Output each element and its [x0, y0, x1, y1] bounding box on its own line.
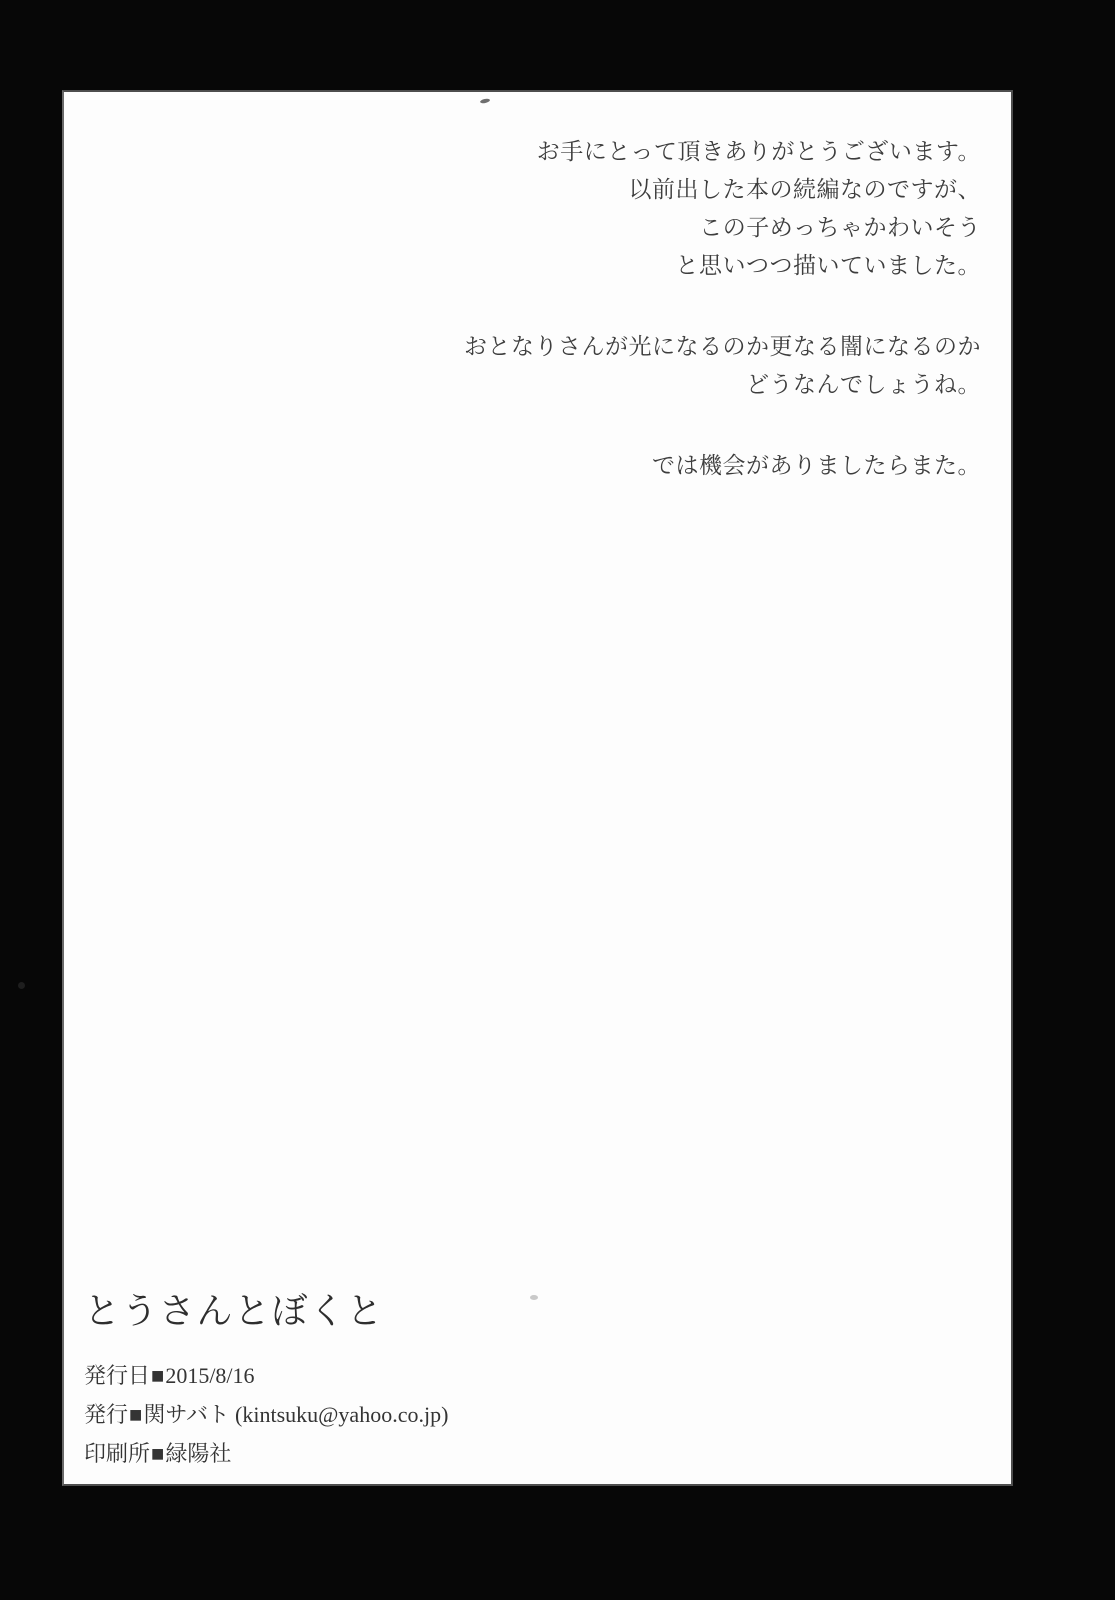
afterword-paragraph: おとなりさんが光になるのか更なる闇になるのか どうなんでしょうね。	[464, 328, 981, 404]
afterword-line: と思いつつ描いていました。	[464, 247, 981, 285]
square-separator-icon: ■	[128, 1402, 143, 1427]
colophon-entries: 発行日■2015/8/16 発行■関サバト (kintsuku@yahoo.co…	[84, 1356, 448, 1473]
scan-speck	[480, 98, 491, 104]
afterword-paragraph: お手にとって頂きありがとうございます。 以前出した本の続編なのですが、 この子め…	[464, 133, 981, 285]
square-separator-icon: ■	[150, 1441, 165, 1466]
afterword-line: おとなりさんが光になるのか更なる闇になるのか	[464, 328, 981, 366]
colophon-label: 印刷所	[84, 1441, 150, 1466]
square-separator-icon: ■	[150, 1363, 165, 1388]
scan-speck	[530, 1295, 538, 1300]
colophon-value: 2015/8/16	[165, 1363, 254, 1388]
colophon-label: 発行	[84, 1402, 128, 1427]
book-title: とうさんとぼくと	[84, 1290, 448, 1332]
afterword-line: どうなんでしょうね。	[464, 366, 981, 404]
scanned-page: お手にとって頂きありがとうございます。 以前出した本の続編なのですが、 この子め…	[62, 90, 1013, 1486]
colophon-row-printer: 印刷所■緑陽社	[84, 1434, 448, 1473]
scan-background: { "meta": { "background_color": "#070707…	[0, 0, 1115, 1600]
afterword-line: この子めっちゃかわいそう	[464, 209, 981, 247]
afterword-line: 以前出した本の続編なのですが、	[464, 171, 981, 209]
afterword-text: お手にとって頂きありがとうございます。 以前出した本の続編なのですが、 この子め…	[464, 133, 981, 485]
colophon-row-publish-date: 発行日■2015/8/16	[84, 1356, 448, 1395]
colophon-label: 発行日	[84, 1363, 150, 1388]
colophon-row-publisher: 発行■関サバト (kintsuku@yahoo.co.jp)	[84, 1395, 448, 1434]
afterword-paragraph: では機会がありましたらまた。	[464, 447, 981, 485]
afterword-line: お手にとって頂きありがとうございます。	[464, 133, 981, 171]
colophon-value: 緑陽社	[165, 1441, 231, 1466]
colophon-value: 関サバト (kintsuku@yahoo.co.jp)	[143, 1402, 448, 1427]
scan-speck	[18, 982, 25, 989]
colophon: とうさんとぼくと 発行日■2015/8/16 発行■関サバト (kintsuku…	[84, 1290, 448, 1473]
afterword-line: では機会がありましたらまた。	[464, 447, 981, 485]
